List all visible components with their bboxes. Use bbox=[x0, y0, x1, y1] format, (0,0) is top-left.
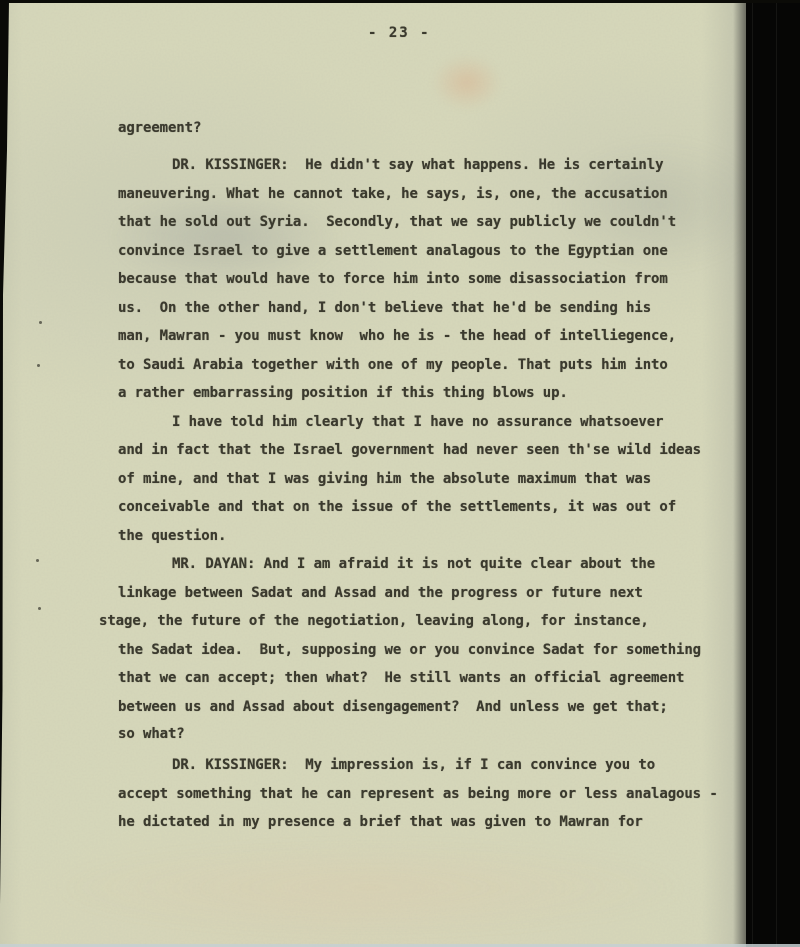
text-line: accept something that he can represent a… bbox=[118, 786, 718, 802]
scan-root: { "doc": { "page_number": "- 23 -", "lin… bbox=[0, 0, 800, 947]
text-line: agreement? bbox=[118, 120, 201, 136]
ink-speck bbox=[38, 607, 41, 610]
text-line: and in fact that the Israel government h… bbox=[118, 442, 701, 458]
scan-border-top bbox=[0, 0, 800, 3]
text-line: the Sadat idea. But, supposing we or you… bbox=[118, 642, 701, 658]
text-line: of mine, and that I was giving him the a… bbox=[118, 471, 651, 487]
text-line: I have told him clearly that I have no a… bbox=[172, 414, 663, 430]
page-number: - 23 - bbox=[368, 25, 431, 41]
text-line: man, Mawran - you must know who he is - … bbox=[118, 328, 676, 344]
text-line: that we can accept; then what? He still … bbox=[118, 670, 684, 686]
text-line: MR. DAYAN: And I am afraid it is not qui… bbox=[172, 556, 655, 572]
scan-scratch bbox=[776, 0, 777, 947]
paper: - 23 - agreement? DR. KISSINGER: He didn… bbox=[0, 0, 746, 947]
text-line: because that would have to force him int… bbox=[118, 271, 668, 287]
scan-border-right bbox=[746, 0, 800, 947]
scan-stain bbox=[432, 55, 502, 110]
text-line: us. On the other hand, I don't believe t… bbox=[118, 300, 651, 316]
text-line: DR. KISSINGER: He didn't say what happen… bbox=[172, 157, 663, 173]
document-scan: - 23 - agreement? DR. KISSINGER: He didn… bbox=[0, 0, 800, 947]
text-line: linkage between Sadat and Assad and the … bbox=[118, 585, 643, 601]
ink-speck bbox=[37, 364, 40, 367]
text-line: that he sold out Syria. Secondly, that w… bbox=[118, 214, 676, 230]
text-line: a rather embarrassing position if this t… bbox=[118, 385, 568, 401]
ink-speck bbox=[39, 321, 42, 324]
ink-speck bbox=[36, 559, 39, 562]
scan-stain bbox=[60, 845, 680, 930]
text-line: he dictated in my presence a brief that … bbox=[118, 814, 643, 830]
text-line: conceivable and that on the issue of the… bbox=[118, 499, 676, 515]
text-line: so what? bbox=[118, 726, 185, 742]
text-line: the question. bbox=[118, 528, 226, 544]
text-line: maneuvering. What he cannot take, he say… bbox=[118, 186, 668, 202]
text-line: stage, the future of the negotiation, le… bbox=[99, 613, 649, 629]
scan-scratch bbox=[752, 0, 753, 947]
text-line: convince Israel to give a settlement ana… bbox=[118, 243, 668, 259]
text-line: DR. KISSINGER: My impression is, if I ca… bbox=[172, 757, 655, 773]
text-line: between us and Assad about disengagement… bbox=[118, 699, 668, 715]
text-line: to Saudi Arabia together with one of my … bbox=[118, 357, 668, 373]
